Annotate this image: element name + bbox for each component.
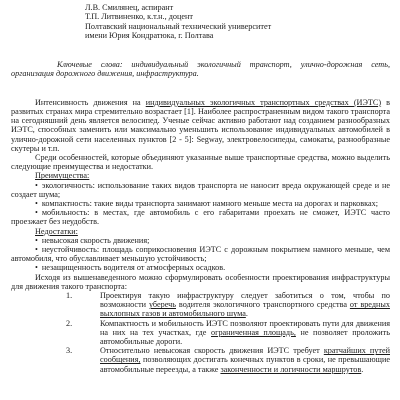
underlined-term: законченности и логичности маршрутов [220, 365, 361, 374]
item-3-text-end: . [361, 365, 363, 374]
item-3-text-start: Относительно невысокая скорость движения… [100, 346, 324, 355]
underlined-term-iets: индивидуальных экологичных транспортных … [146, 98, 381, 107]
affiliation-line-1: Полтавский национальный технический унив… [85, 22, 390, 31]
numbered-item-1: 1. Проектируя такую инфраструктуру следу… [11, 291, 390, 319]
document-body: Интенсивность движения на индивидуальных… [11, 98, 390, 374]
disadvantage-item-3-text: незащищенность водителя от атмосферных о… [42, 263, 225, 272]
numbered-list: 1. Проектируя такую инфраструктуру следу… [11, 291, 390, 374]
item-text: Относительно невысокая скорость движения… [100, 346, 390, 374]
bullet-marker: • [35, 199, 38, 208]
intro-text-rest: в развитых странах мира стремительно воз… [11, 98, 390, 153]
intro-text-start: Интенсивность движения на [35, 98, 146, 107]
underlined-term: уберечь [149, 300, 176, 309]
item-1-text-end: . [246, 309, 248, 318]
bullet-marker: • [35, 181, 38, 190]
keywords-paragraph: Ключевые слова: индивидуальный экологичн… [11, 60, 390, 79]
document-page: Л.В. Смилянец, аспирант Т.П. Литвиненко,… [0, 0, 400, 400]
item-text: Проектируя такую инфраструктуру следует … [100, 291, 390, 319]
disadvantage-item-3: •незащищенность водителя от атмосферных … [11, 263, 390, 272]
advantages-heading: Преимущества: [11, 171, 390, 180]
author-block: Л.В. Смилянец, аспирант Т.П. Литвиненко,… [85, 3, 390, 40]
advantage-item-1-text: экологичность: использование таких видов… [11, 181, 390, 199]
advantage-item-2: •компактность: такие виды транспорта зан… [11, 199, 390, 208]
keywords-text: Ключевые слова: индивидуальный экологичн… [11, 60, 390, 78]
disadvantage-item-1-text: невысокая скорость движения; [42, 236, 149, 245]
numbered-item-2: 2. Компактность и мобильность ИЭТС позво… [11, 319, 390, 347]
disadvantage-item-1: •невысокая скорость движения; [11, 236, 390, 245]
disadvantages-heading-text: Недостатки: [35, 227, 78, 236]
author-line-1: Л.В. Смилянец, аспирант [85, 3, 390, 12]
bullet-marker: • [35, 236, 38, 245]
advantage-item-3: •мобильность: в местах, где автомобиль с… [11, 208, 390, 226]
numbered-item-3: 3. Относительно невысокая скорость движе… [11, 346, 390, 374]
design-paragraph: Исходя из вышенаведенного можно сформули… [11, 273, 390, 291]
advantage-item-3-text: мобильность: в местах, где автомобиль с … [11, 208, 390, 226]
item-text: Компактность и мобильность ИЭТС позволяю… [100, 319, 390, 347]
disadvantage-item-2: •неустойчивость: площадь соприкосновения… [11, 245, 390, 263]
item-number: 3. [66, 346, 72, 355]
bullet-marker: • [35, 263, 38, 272]
advantage-item-1: •экологичность: использование таких видо… [11, 181, 390, 199]
features-paragraph: Среди особенностей, которые объединяют у… [11, 153, 390, 171]
bullet-marker: • [35, 208, 38, 217]
disadvantages-heading: Недостатки: [11, 227, 390, 236]
disadvantage-item-2-text: неустойчивость: площадь соприкосновения … [11, 245, 390, 263]
intro-paragraph: Интенсивность движения на индивидуальных… [11, 98, 390, 153]
bullet-marker: • [35, 245, 38, 254]
item-1-text-mid: водителя экологичного транспортного сред… [176, 300, 350, 309]
underlined-term: ограниченная площадь, [211, 328, 296, 337]
affiliation-line-2: имени Юрия Кондратюка, г. Полтава [85, 31, 390, 40]
item-number: 2. [66, 319, 72, 328]
advantage-item-2-text: компактность: такие виды транспорта зани… [42, 199, 378, 208]
author-line-2: Т.П. Литвиненко, к.т.н., доцент [85, 12, 390, 21]
item-number: 1. [66, 291, 72, 300]
advantages-heading-text: Преимущества: [35, 171, 89, 180]
